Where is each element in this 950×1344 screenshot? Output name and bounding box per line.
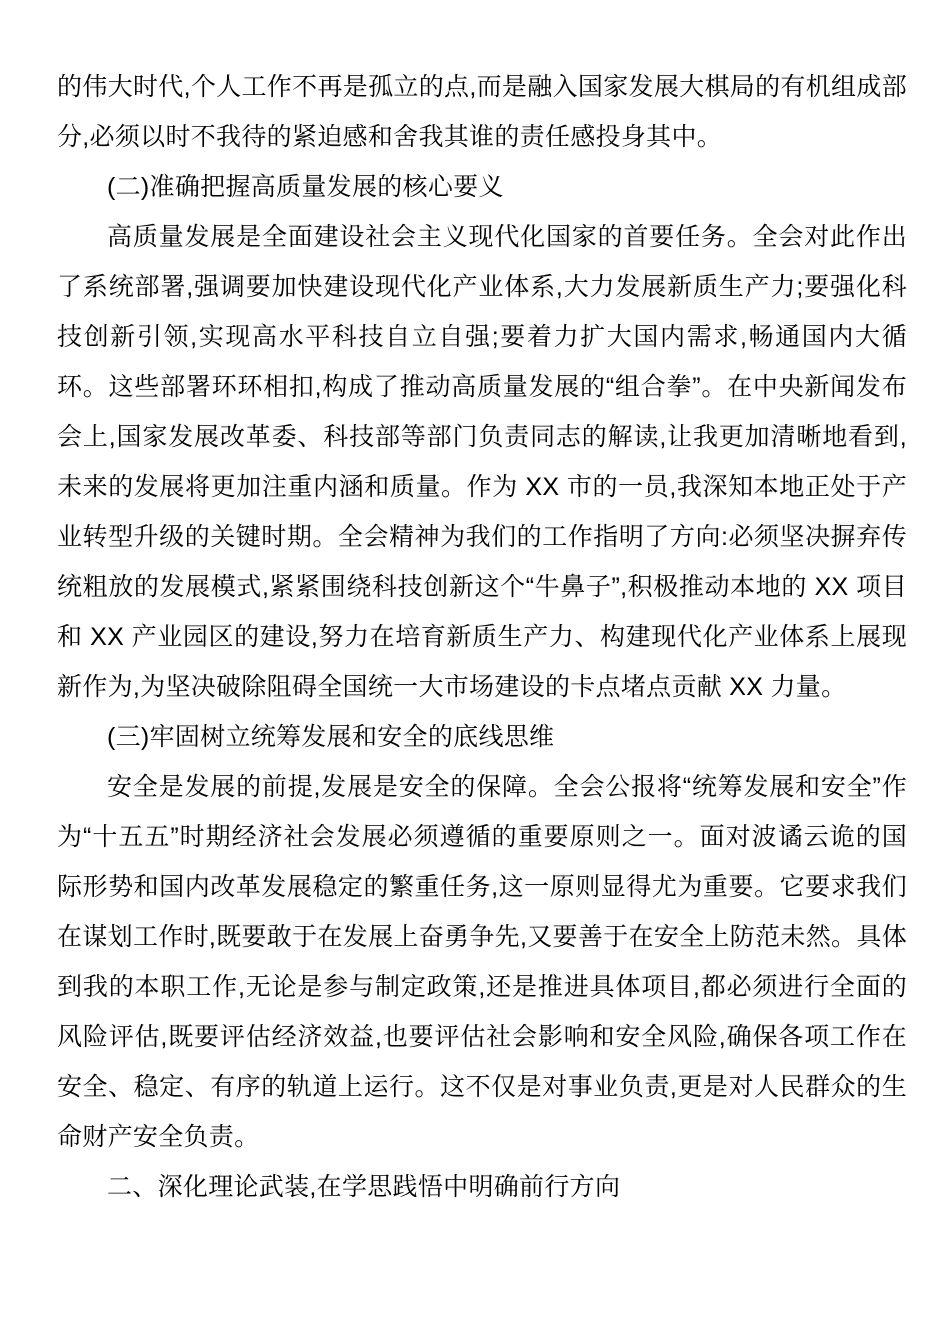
paragraph: 安全是发展的前提,发展是安全的保障。全会公报将“统筹发展和安全”作为“十五五”时… xyxy=(57,762,907,1162)
document-page: 的伟大时代,个人工作不再是孤立的点,而是融入国家发展大棋局的有机组成部分,必须以… xyxy=(0,0,950,1344)
section-heading: 二、深化理论武装,在学思践悟中明确前行方向 xyxy=(57,1162,907,1212)
section-heading: (三)牢固树立统筹发展和安全的底线思维 xyxy=(57,712,907,762)
paragraph: 高质量发展是全面建设社会主义现代化国家的首要任务。全会对此作出了系统部署,强调要… xyxy=(57,212,907,712)
document-body: 的伟大时代,个人工作不再是孤立的点,而是融入国家发展大棋局的有机组成部分,必须以… xyxy=(57,62,907,1212)
paragraph: 的伟大时代,个人工作不再是孤立的点,而是融入国家发展大棋局的有机组成部分,必须以… xyxy=(57,62,907,162)
section-heading: (二)准确把握高质量发展的核心要义 xyxy=(57,162,907,212)
